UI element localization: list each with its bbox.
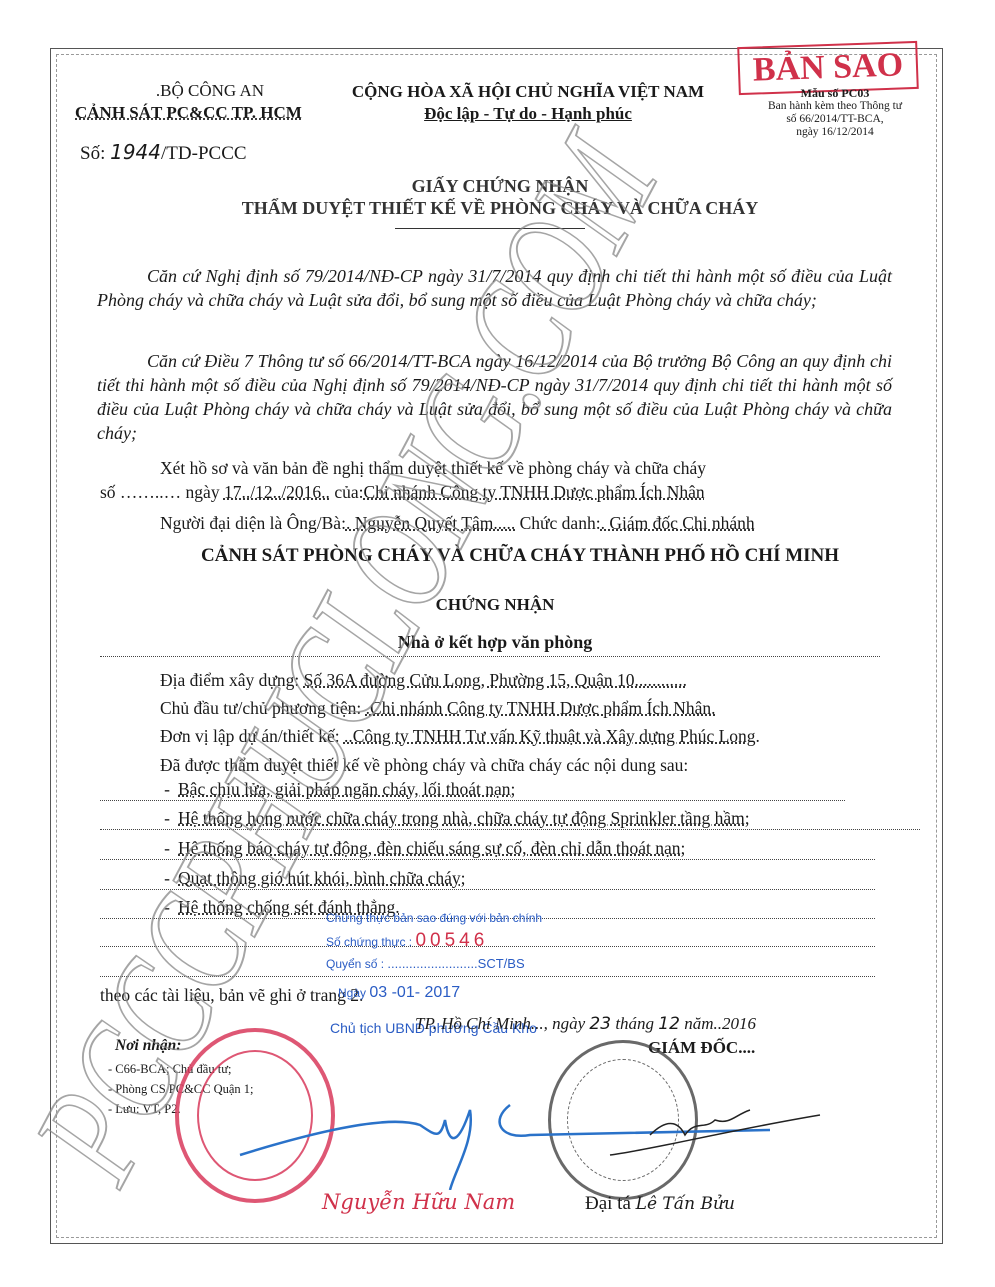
dotted-rule (100, 829, 920, 830)
recipients-title: Nơi nhận: (115, 1037, 181, 1055)
location-value: Số 36A đường Cửu Long, Phường 15, Quận 1… (304, 670, 687, 690)
issuing-authority: CẢNH SÁT PHÒNG CHÁY VÀ CHỮA CHÁY THÀNH P… (100, 545, 940, 567)
review-date: 17../12../2016.. (224, 482, 330, 502)
cert-book-label: Quyển số : (326, 957, 387, 971)
dotted-rule (100, 859, 875, 860)
legal-basis-2: Căn cứ Điều 7 Thông tư số 66/2014/TT-BCA… (97, 349, 892, 445)
item-bullet: - (140, 838, 170, 859)
item-text: Hệ thống họng nước chữa cháy trong nhà, … (178, 808, 750, 828)
sign-month-label: tháng (611, 1014, 658, 1033)
location-label: Địa điểm xây dựng: (160, 670, 304, 690)
project-name: Nhà ở kết hợp văn phòng (100, 632, 890, 653)
nation-title: CỘNG HÒA XÃ HỘI CHỦ NGHĨA VIỆT NAM (318, 82, 738, 102)
doc-number-prefix: Số: (80, 143, 110, 164)
item-text: Hệ thống báo cháy tự động, đèn chiếu sán… (178, 838, 685, 858)
dotted-rule (100, 889, 875, 890)
form-code: Mẫu số PC03 (735, 87, 935, 100)
item-bullet: - (140, 868, 170, 889)
document-subtitle: THẨM DUYỆT THIẾT KẾ VỀ PHÒNG CHÁY VÀ CHỮ… (150, 198, 850, 219)
agency-name: CẢNH SÁT PC&CC TP. HCM (75, 103, 302, 123)
rep-title-label: Chức danh: (515, 513, 600, 533)
sign-day: 23 (589, 1014, 611, 1034)
owner-line: Chủ đầu tư/chủ phương tiện: .Chi nhánh C… (160, 698, 716, 719)
sign-month: 12 (658, 1014, 680, 1034)
rep-label: Người đại diện là Ông/Bà: (160, 513, 346, 533)
legal-basis-1: Căn cứ Nghị định số 79/2014/NĐ-CP ngày 3… (97, 264, 892, 312)
cert-stamp-book: Quyển số : .........................SCT/… (326, 955, 525, 973)
doc-number-handwritten: 1944 (110, 140, 161, 164)
cert-date-label: Ngày (338, 986, 369, 1000)
sign-place-date: TP. Hồ Chí Minh..., ngày 23 tháng 12 năm… (415, 1014, 756, 1034)
designer-line: Đơn vị lập dự án/thiết kế: ..Công ty TNH… (160, 726, 760, 747)
approved-item: -Quạt thông gió hút khói, bình chữa cháy… (100, 868, 935, 889)
document-number: Số: 1944/TD-PCCC (80, 140, 247, 165)
designer-label: Đơn vị lập dự án/thiết kế: (160, 726, 344, 746)
rep-name: . Nguyễn Quyết Tâm..... (346, 513, 515, 533)
review-line-2: số ……..… ngày 17../12../2016.. của:Chi n… (100, 482, 705, 503)
location-line: Địa điểm xây dựng: Số 36A đường Cửu Long… (160, 670, 687, 691)
sign-year-label: năm.. (680, 1014, 722, 1033)
item-bullet: - (140, 808, 170, 829)
approved-intro: Đã được thẩm duyệt thiết kế về phòng chá… (160, 755, 688, 776)
cert-date-value: 03 -01- 2017 (369, 984, 460, 1001)
review-applicant: Chi nhánh Công ty TNHH Dược phẩm Ích Nhâ… (363, 482, 704, 502)
cert-stamp-number: Số chứng thực : 00546 (326, 930, 488, 952)
designer-value: ..Công ty TNHH Tư vấn Kỹ thuật và Xây dự… (344, 726, 760, 746)
review-of-label: của: (330, 482, 364, 502)
representative-line: Người đại diện là Ông/Bà:. Nguyễn Quyết … (160, 513, 755, 534)
dotted-rule (100, 800, 845, 801)
approved-item: -Hệ thống họng nước chữa cháy trong nhà,… (100, 808, 935, 829)
cert-stamp-date: Ngày 03 -01- 2017 (338, 984, 460, 1002)
form-issued-2: số 66/2014/TT-BCA, (735, 113, 935, 126)
owner-value: .Chi nhánh Công ty TNHH Dược phẩm Ích Nh… (366, 698, 716, 718)
item-text: Quạt thông gió hút khói, bình chữa cháy; (178, 868, 466, 888)
review-line-1: Xét hồ sơ và văn bản đề nghị thẩm duyệt … (160, 458, 706, 479)
document-title: GIẤY CHỨNG NHẬN (150, 176, 850, 197)
signature-strokes (170, 1080, 850, 1190)
signer-name: Lê Tấn Bửu (636, 1194, 735, 1214)
form-issued-3: ngày 16/12/2014 (735, 126, 935, 139)
cert-book-value: .........................SCT/BS (387, 956, 524, 971)
approved-item: -Hệ thống báo cháy tự động, đèn chiếu sá… (100, 838, 935, 859)
sign-year: 2016 (722, 1014, 756, 1033)
doc-number-suffix: /TD-PCCC (161, 143, 247, 164)
certify-heading: CHỨNG NHẬN (100, 595, 890, 615)
sign-place: TP. Hồ Chí Minh..., ngày (415, 1014, 589, 1033)
dotted-rule (100, 976, 875, 977)
closing-line: theo các tài liệu, bản vẽ ghi ở trang 2. (100, 985, 363, 1006)
certifier-name: Nguyễn Hữu Nam (322, 1190, 515, 1214)
rep-title: . Giám đốc Chi nhánh (601, 513, 755, 533)
owner-label: Chủ đầu tư/chủ phương tiện: (160, 698, 366, 718)
review-prefix: số ……..… ngày (100, 482, 224, 502)
approved-item: -Bậc chịu lửa, giải pháp ngăn cháy, lối … (100, 779, 935, 800)
item-bullet: - (140, 779, 170, 800)
agency-parent: .BỘ CÔNG AN (115, 81, 305, 101)
item-bullet: - (140, 897, 170, 918)
form-issued-1: Ban hành kèm theo Thông tư (735, 100, 935, 113)
title-underline (395, 228, 585, 229)
cert-stamp-line1: Chứng thực bản sao đúng với bản chính (326, 911, 542, 925)
signer-name-line: Đại tá Lê Tấn Bửu (585, 1193, 735, 1215)
cert-number-value: 00546 (415, 930, 488, 951)
signer-rank: Đại tá (585, 1193, 636, 1214)
item-text: Bậc chịu lửa, giải pháp ngăn cháy, lối t… (178, 779, 515, 799)
form-info: Mẫu số PC03 Ban hành kèm theo Thông tư s… (735, 87, 935, 139)
dotted-rule (100, 656, 880, 657)
motto-text: Độc lập - Tự do - Hạnh phúc (424, 104, 632, 123)
cert-number-label: Số chứng thực : (326, 935, 415, 949)
national-motto: Độc lập - Tự do - Hạnh phúc (318, 104, 738, 124)
